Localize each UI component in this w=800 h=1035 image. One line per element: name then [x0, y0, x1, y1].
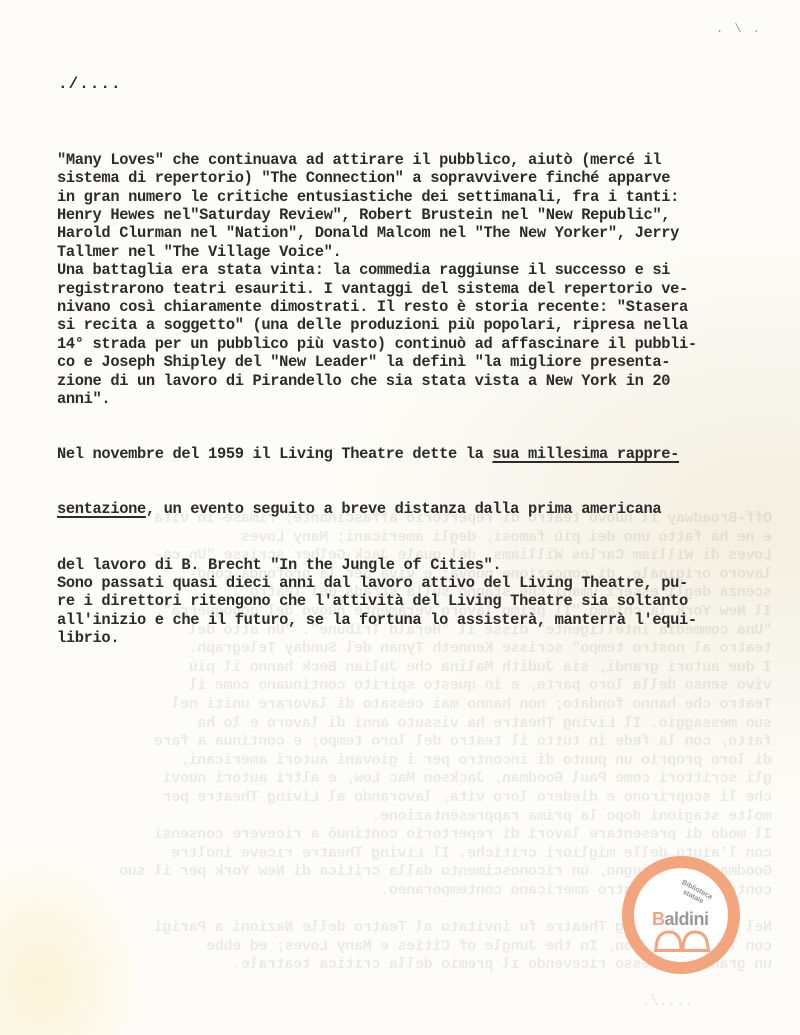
text-line: co e Joseph Shipley del "New Leader" la … [57, 353, 777, 371]
text-line: Il modo di presentare lavori di repertor… [52, 826, 772, 845]
text-line: fatto, con la fede in tutto il teatro de… [52, 733, 772, 752]
text-line: suo messaggio. Il Living Theatre ha viss… [52, 715, 772, 734]
text-line: del lavoro di B. Brecht "In the Jungle o… [57, 556, 777, 574]
stamp-caption: Biblioteca statale [676, 879, 713, 909]
open-book-icon [654, 930, 710, 952]
text-line: sentazione, un evento seguito a breve di… [57, 500, 777, 518]
closing-block: del lavoro di B. Brecht "In the Jungle o… [57, 556, 777, 648]
text-line: in gran numero le critiche entusiastiche… [57, 188, 777, 206]
text-line: di loro proprio un punto di incontro per… [52, 752, 772, 771]
text-line: Tallmer nel "The Village Voice". [57, 243, 777, 261]
typed-body-text: "Many Loves" che continuava ad attirare … [57, 114, 777, 684]
text-line: gli scrittori come Paul Goodman, Jackson… [52, 770, 772, 789]
text-line: nivano così chiaramente dimostrati. Il r… [57, 298, 777, 316]
text-line: Sono passati quasi dieci anni dal lavoro… [57, 574, 777, 592]
underlined-phrase: sentazione [57, 500, 146, 518]
text-line: zione di un lavoro di Pirandello che sia… [57, 372, 777, 390]
text-line [52, 975, 772, 994]
underlined-phrase: sua millesima rappre- [492, 445, 679, 463]
text-line: registrarono teatri esauriti. I vantaggi… [57, 280, 777, 298]
text-line: Nel novembre del 1959 il Living Theatre … [57, 445, 777, 463]
text-line: "Many Loves" che continuava ad attirare … [57, 151, 777, 169]
text-line: si recita a soggetto" (una delle produzi… [57, 316, 777, 334]
continuation-mark: ./.... [58, 75, 122, 93]
text-line: librio. [57, 629, 777, 647]
corner-mark: . \ . [716, 22, 762, 36]
scanned-page: . \ . Off-Broadway il nuovo teatro di re… [0, 0, 800, 1035]
paragraph-block: "Many Loves" che continuava ad attirare … [57, 151, 777, 408]
text-line: Una battaglia era stata vinta: la commed… [57, 261, 777, 279]
text-line: Teatro che hanno fondato; non hanno mai … [52, 696, 772, 715]
text-line: Harold Clurman nel "Nation", Donald Malc… [57, 224, 777, 242]
text-line: re i direttori ritengono che l'attività … [57, 592, 777, 610]
text-line: 14° strada per un pubblico più vasto) co… [57, 335, 777, 353]
stamp-library-name: Baldini [652, 909, 709, 930]
text-line: molte stagioni dopo la prima rappresenta… [52, 808, 772, 827]
library-stamp: Biblioteca statale Baldini [622, 856, 740, 974]
text-line: che li scoprirono e diedero loro vita, l… [52, 789, 772, 808]
text-line: all'inizio e che il futuro, se la fortun… [57, 611, 777, 629]
text-line: Henry Hewes nel"Saturday Review", Robert… [57, 206, 777, 224]
text-line: anni". [57, 390, 777, 408]
text-line: ..../. [52, 993, 772, 1012]
text-line: sistema di repertorio) "The Connection" … [57, 169, 777, 187]
